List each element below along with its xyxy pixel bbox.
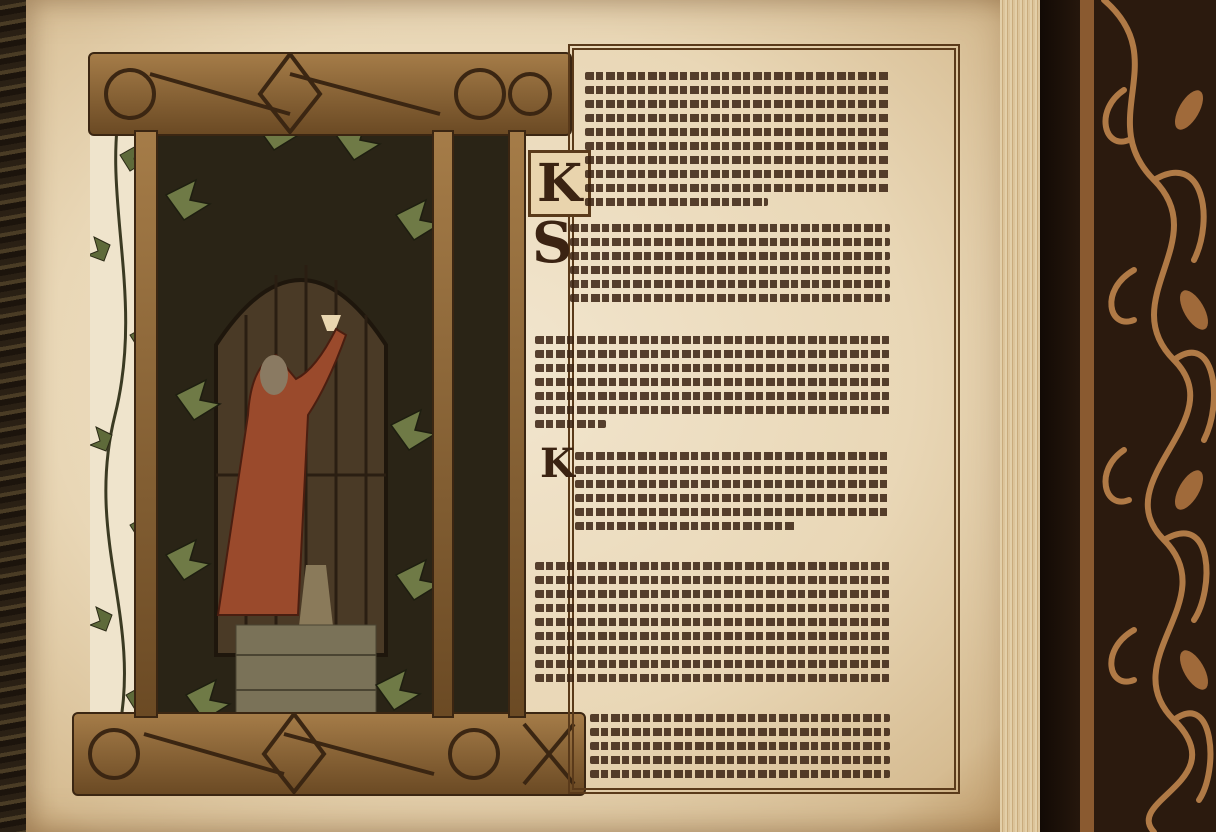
text-paragraph-5 [535, 556, 890, 688]
text-paragraph-4 [575, 446, 890, 536]
left-pillar-border [134, 130, 158, 718]
miniature-illustration [156, 95, 526, 725]
figure-at-door-icon [156, 95, 446, 725]
initial-k-upper: K [528, 150, 591, 217]
carved-leather-cover [1080, 0, 1216, 832]
middle-pillar-border [432, 130, 454, 718]
text-paragraph-6 [590, 708, 890, 784]
text-paragraph-3 [535, 330, 890, 434]
knotwork-icon [74, 714, 584, 794]
top-knotwork-border [88, 52, 572, 136]
right-pillar-border [508, 130, 526, 718]
text-paragraph-2 [570, 218, 890, 308]
foliate-carving-icon [1094, 0, 1216, 832]
manuscript-photo: K S K Open illuminated medieval-style ma… [0, 0, 1216, 832]
knotwork-icon [90, 54, 570, 134]
initial-k-lower: K [540, 440, 575, 487]
initial-s: S [532, 210, 572, 276]
text-paragraph-1 [585, 66, 890, 212]
bottom-knotwork-border [72, 712, 586, 796]
